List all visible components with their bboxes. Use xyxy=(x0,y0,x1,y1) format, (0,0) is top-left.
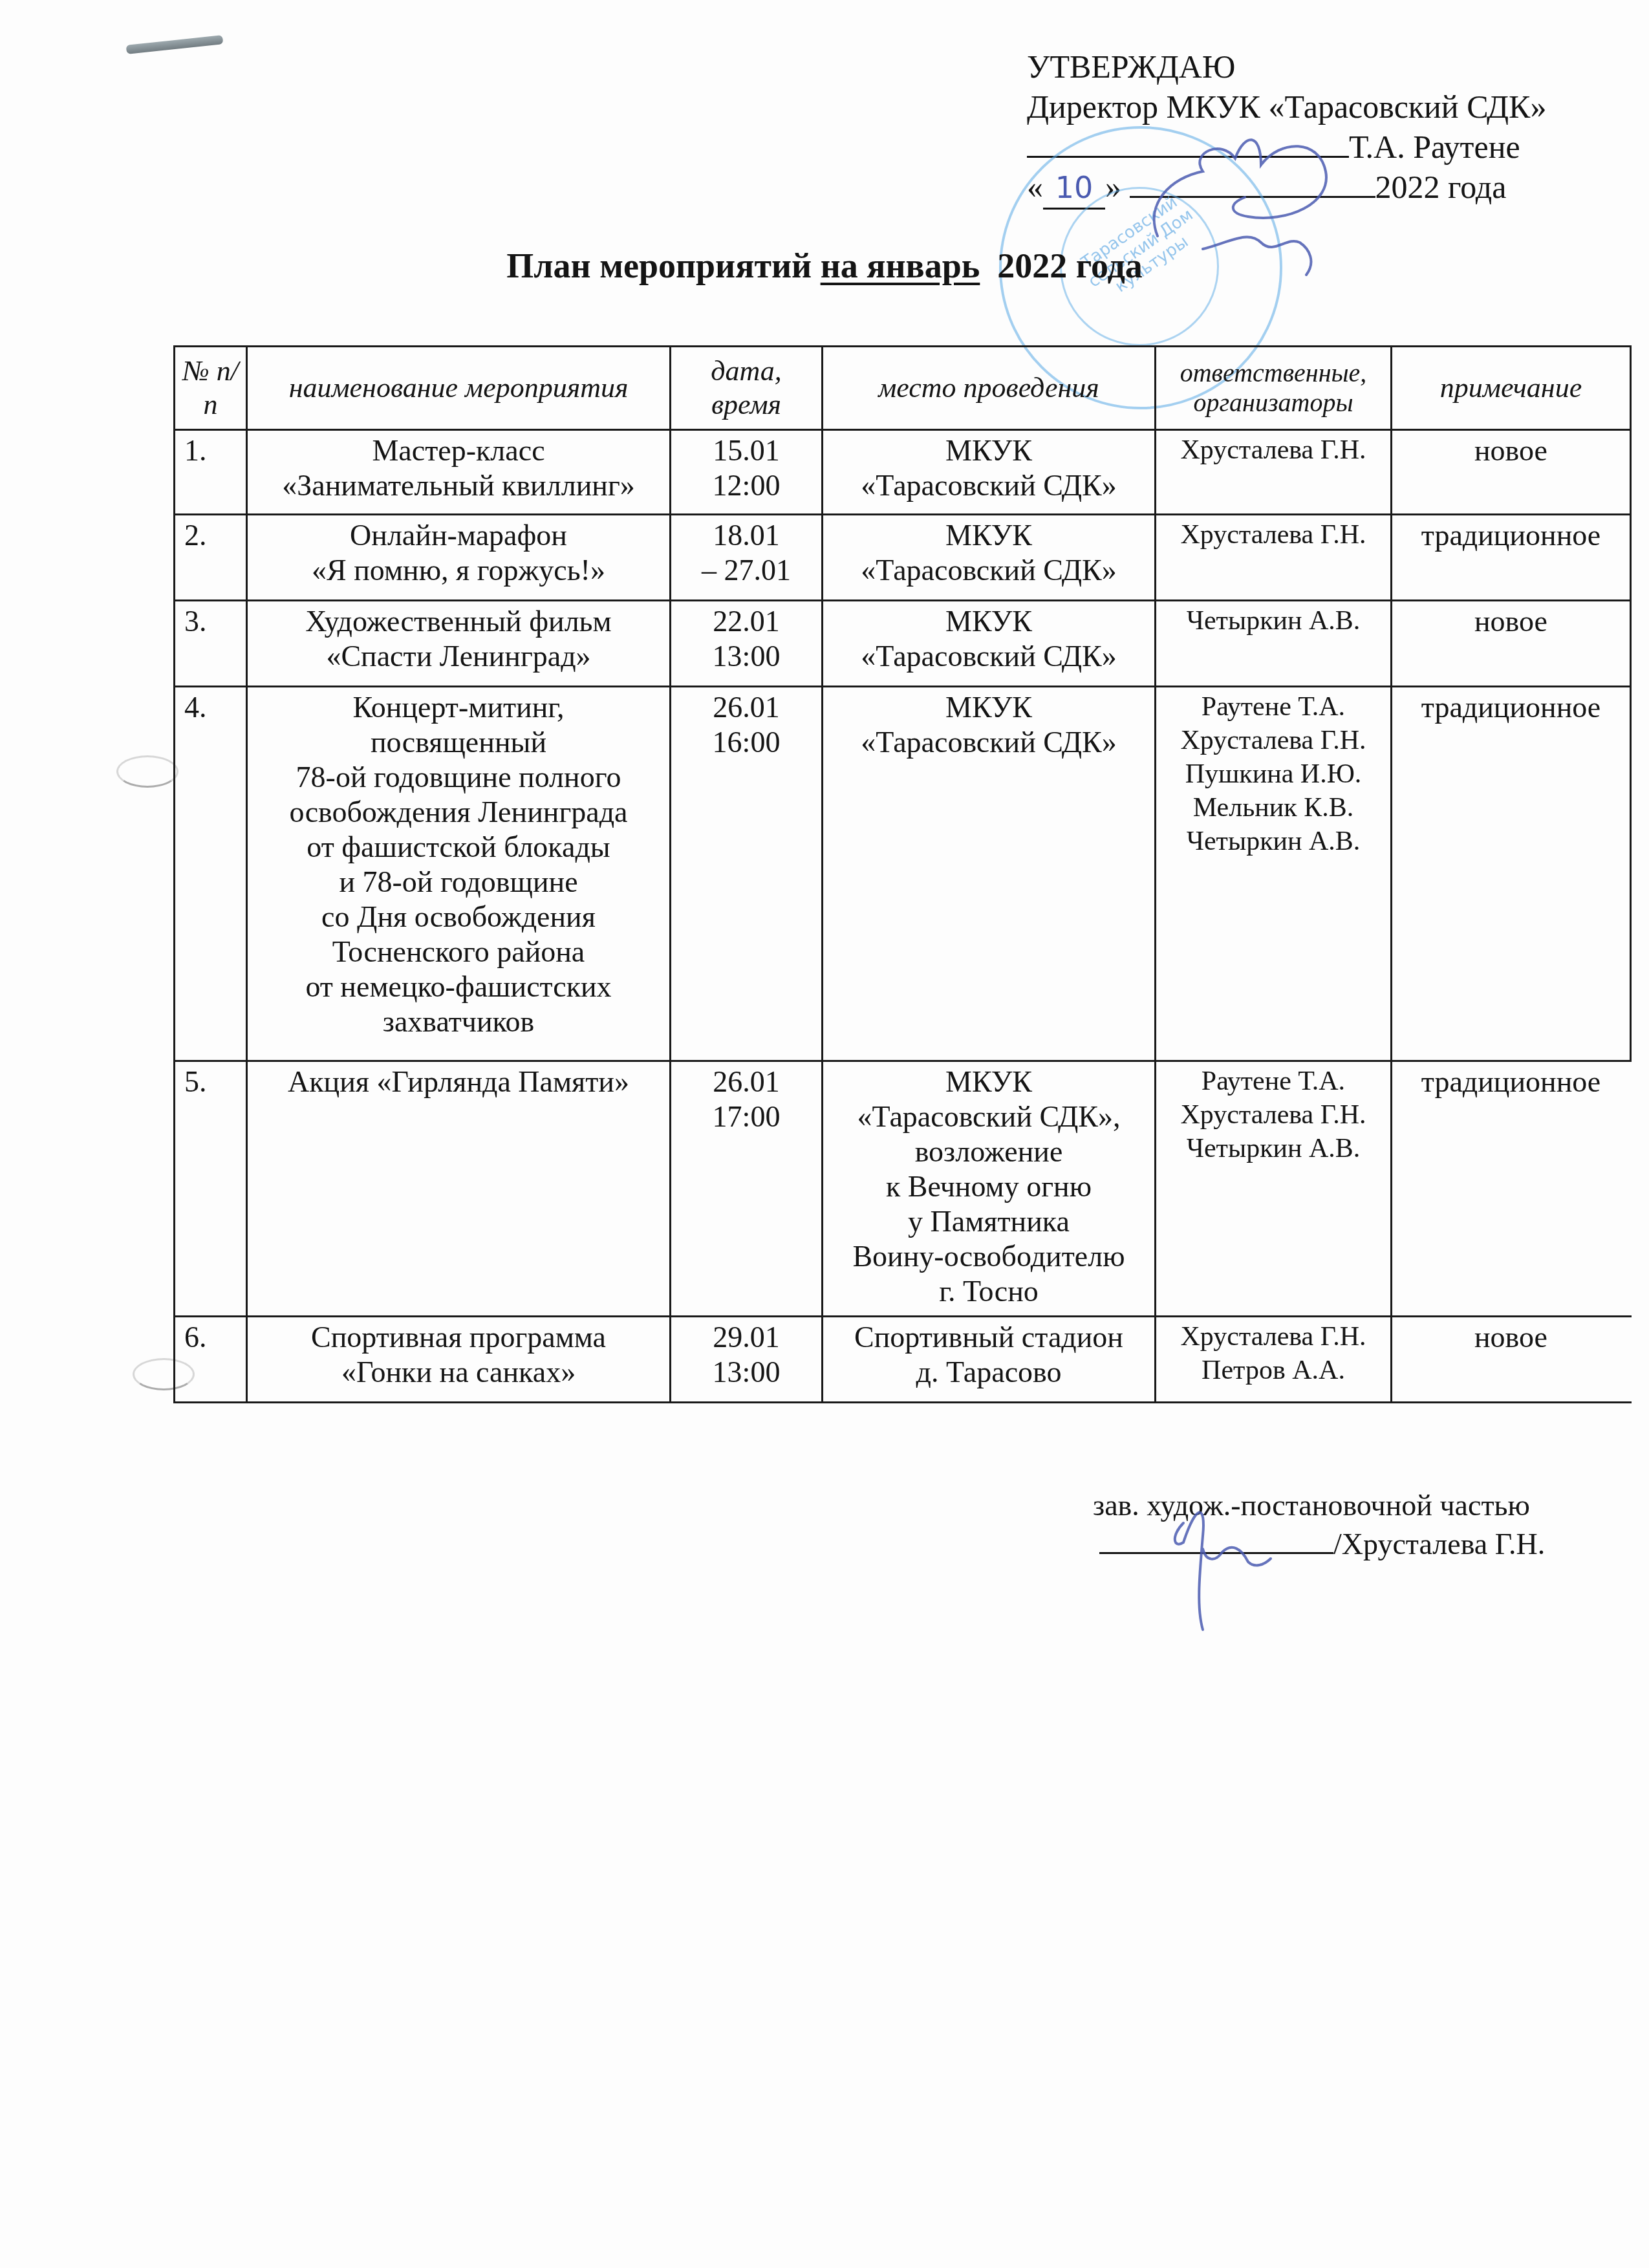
approval-year: 2022 года xyxy=(1375,169,1507,205)
header-date: дата, время xyxy=(671,347,823,430)
footer-signature-block: зав. худож.-постановочной частью /Хруста… xyxy=(1093,1486,1545,1564)
title-month: на январь xyxy=(821,246,980,285)
event-place: МКУК«Тарасовский СДК» xyxy=(823,515,1156,601)
event-place: Спортивный стадионд. Тарасово xyxy=(823,1317,1156,1403)
approval-signer-line: Т.А. Раутене xyxy=(1027,127,1546,167)
header-place: место проведения xyxy=(823,347,1156,430)
header-num: № п/п xyxy=(175,347,247,430)
footer-signer: /Хрусталева Г.Н. xyxy=(1333,1528,1545,1561)
event-note: традиционное xyxy=(1392,515,1631,601)
event-place: МКУК«Тарасовский СДК» xyxy=(823,687,1156,1061)
event-date: 26.0117:00 xyxy=(671,1061,823,1317)
footer-signature-line xyxy=(1099,1526,1333,1554)
event-name: Художественный фильм«Спасти Ленинград» xyxy=(247,601,671,687)
header-note: примечание xyxy=(1392,347,1631,430)
event-name: Мастер-класс«Занимательный квиллинг» xyxy=(247,430,671,515)
event-place: МКУК«Тарасовский СДК» xyxy=(823,601,1156,687)
row-number: 1. xyxy=(175,430,247,515)
punch-hole xyxy=(116,755,178,788)
approval-signer: Т.А. Раутене xyxy=(1349,129,1520,165)
event-place: МКУК«Тарасовский СДК» xyxy=(823,430,1156,515)
table-row: 4.Концерт-митинг,посвященный78-ой годовщ… xyxy=(175,687,1631,1061)
approval-day: 10 xyxy=(1043,167,1105,210)
approval-heading: УТВЕРЖДАЮ xyxy=(1027,47,1546,87)
row-number: 3. xyxy=(175,601,247,687)
header-responsible: ответственные, организаторы xyxy=(1156,347,1392,430)
event-date: 26.0116:00 xyxy=(671,687,823,1061)
event-responsible: Хрусталева Г.Н. xyxy=(1156,430,1392,515)
event-name: Онлайн-марафон«Я помню, я горжусь!» xyxy=(247,515,671,601)
event-note: новое xyxy=(1392,430,1631,515)
table-row: 1.Мастер-класс«Занимательный квиллинг»15… xyxy=(175,430,1631,515)
footer-position: зав. худож.-постановочной частью xyxy=(1093,1486,1545,1525)
event-note: новое xyxy=(1392,601,1631,687)
table-header-row: № п/п наименование мероприятия дата, вре… xyxy=(175,347,1631,430)
row-number: 6. xyxy=(175,1317,247,1403)
event-responsible: Четыркин А.В. xyxy=(1156,601,1392,687)
event-responsible: Раутене Т.А.Хрусталева Г.Н.Четыркин А.В. xyxy=(1156,1061,1392,1317)
event-date: 22.0113:00 xyxy=(671,601,823,687)
signature-line xyxy=(1027,127,1349,158)
event-name: Спортивная программа«Гонки на санках» xyxy=(247,1317,671,1403)
events-table: № п/п наименование мероприятия дата, вре… xyxy=(173,345,1632,1403)
table-row: 3.Художественный фильм«Спасти Ленинград»… xyxy=(175,601,1631,687)
approval-month-line xyxy=(1130,167,1375,198)
approval-block: УТВЕРЖДАЮ Директор МКУК «Тарасовский СДК… xyxy=(1027,47,1546,210)
event-note: традиционное xyxy=(1392,687,1631,1061)
page-title: План мероприятий на январь 2022 года xyxy=(0,246,1649,286)
event-responsible: Хрусталева Г.Н. xyxy=(1156,515,1392,601)
event-date: 15.0112:00 xyxy=(671,430,823,515)
event-date: 18.01– 27.01 xyxy=(671,515,823,601)
event-name: Концерт-митинг,посвященный78-ой годовщин… xyxy=(247,687,671,1061)
event-name: Акция «Гирлянда Памяти» xyxy=(247,1061,671,1317)
event-date: 29.0113:00 xyxy=(671,1317,823,1403)
event-responsible: Хрусталева Г.Н.Петров А.А. xyxy=(1156,1317,1392,1403)
table-row: 5.Акция «Гирлянда Памяти»26.0117:00МКУК«… xyxy=(175,1061,1631,1317)
row-number: 5. xyxy=(175,1061,247,1317)
event-responsible: Раутене Т.А.Хрусталева Г.Н.Пушкина И.Ю.М… xyxy=(1156,687,1392,1061)
scan-staple-mark xyxy=(126,35,224,54)
approval-position: Директор МКУК «Тарасовский СДК» xyxy=(1027,87,1546,127)
row-number: 2. xyxy=(175,515,247,601)
row-number: 4. xyxy=(175,687,247,1061)
event-place: МКУК«Тарасовский СДК»,возложениек Вечном… xyxy=(823,1061,1156,1317)
event-note: новое xyxy=(1392,1317,1631,1403)
table-row: 2.Онлайн-марафон«Я помню, я горжусь!»18.… xyxy=(175,515,1631,601)
event-note: традиционное xyxy=(1392,1061,1631,1317)
table-row: 6.Спортивная программа«Гонки на санках»2… xyxy=(175,1317,1631,1403)
header-name: наименование мероприятия xyxy=(247,347,671,430)
approval-date: «10» 2022 года xyxy=(1027,167,1546,210)
